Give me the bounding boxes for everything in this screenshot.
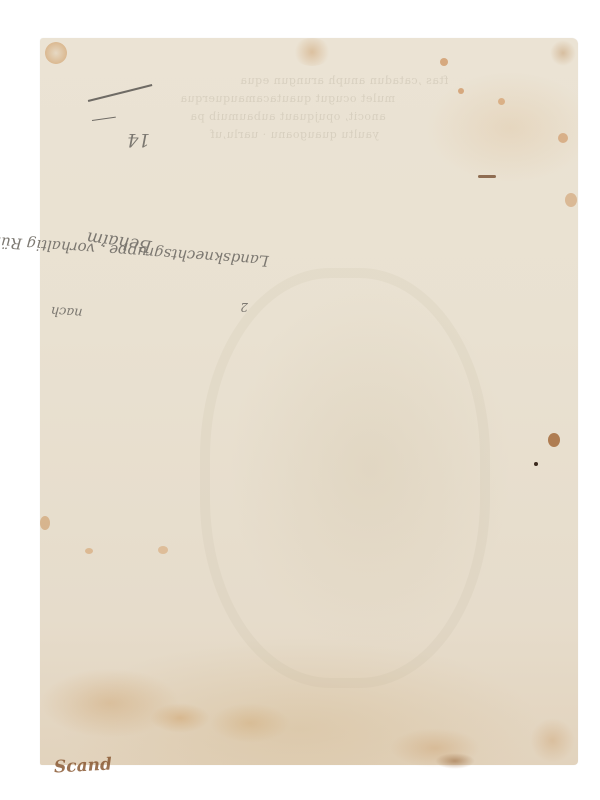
foxing-stain <box>40 516 50 530</box>
foxing-stain <box>45 42 67 64</box>
foxing-stain <box>530 718 575 763</box>
ink-fleck <box>478 175 496 178</box>
foxing-stain <box>458 88 464 94</box>
foxing-stain <box>548 433 560 447</box>
pencil-underline <box>88 84 152 101</box>
pencil-underline <box>92 117 116 121</box>
paper-leaf: ftas ,catadun anuph arungun equa mulet o… <box>40 38 578 765</box>
showthrough-oval <box>200 268 490 688</box>
foxing-stain <box>85 548 93 554</box>
foxing-stain <box>210 703 290 743</box>
showthrough-text-line: anocit, opujquaut aubaumuib pa <box>190 110 386 123</box>
foxing-stain <box>158 546 168 554</box>
foxing-stain <box>150 703 210 733</box>
pencil-inscription-mark: 2 <box>240 300 248 314</box>
foxing-stain <box>498 98 505 105</box>
pencil-number: 14 <box>127 129 150 150</box>
showthrough-text-line: ftas ,catadun anuph arungun equa <box>240 74 448 87</box>
stain-mark: Scand <box>54 754 113 777</box>
foxing-stain <box>558 133 568 143</box>
ink-fleck <box>534 462 538 466</box>
foxing-stain <box>440 58 448 66</box>
foxing-stain <box>550 40 576 66</box>
pencil-inscription-line2: nach <box>50 303 83 320</box>
showthrough-text-line: yaultu quaugoanu · uarlu,uf <box>210 128 379 141</box>
foxing-stain <box>435 753 475 769</box>
foxing-stain <box>565 193 577 207</box>
showthrough-text-line: mulet ocugut quautacamauquerqua <box>180 92 395 105</box>
foxing-stain <box>292 38 332 66</box>
